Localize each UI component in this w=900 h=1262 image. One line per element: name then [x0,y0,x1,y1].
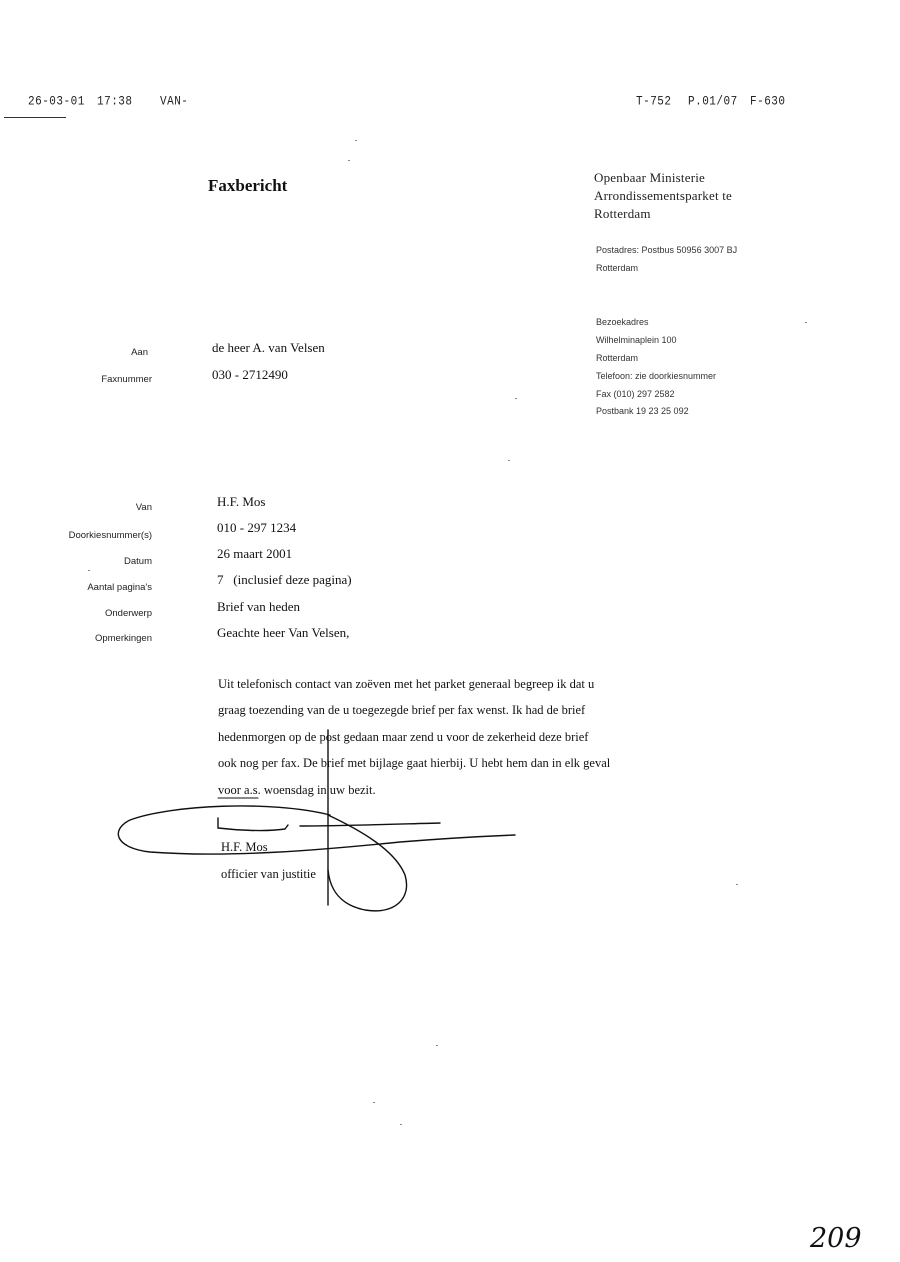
page-stamp-number: 209 [810,1223,862,1254]
scan-speck [515,398,517,399]
scan-speck [805,322,807,323]
scan-speck [88,570,90,571]
scan-speck [736,884,738,885]
scan-speck [355,140,357,141]
scan-speck [400,1124,402,1125]
scan-speck [436,1045,438,1046]
handwritten-signature [0,0,900,1262]
scan-speck [373,1102,375,1103]
scan-speck [348,160,350,161]
scan-speck [508,460,510,461]
